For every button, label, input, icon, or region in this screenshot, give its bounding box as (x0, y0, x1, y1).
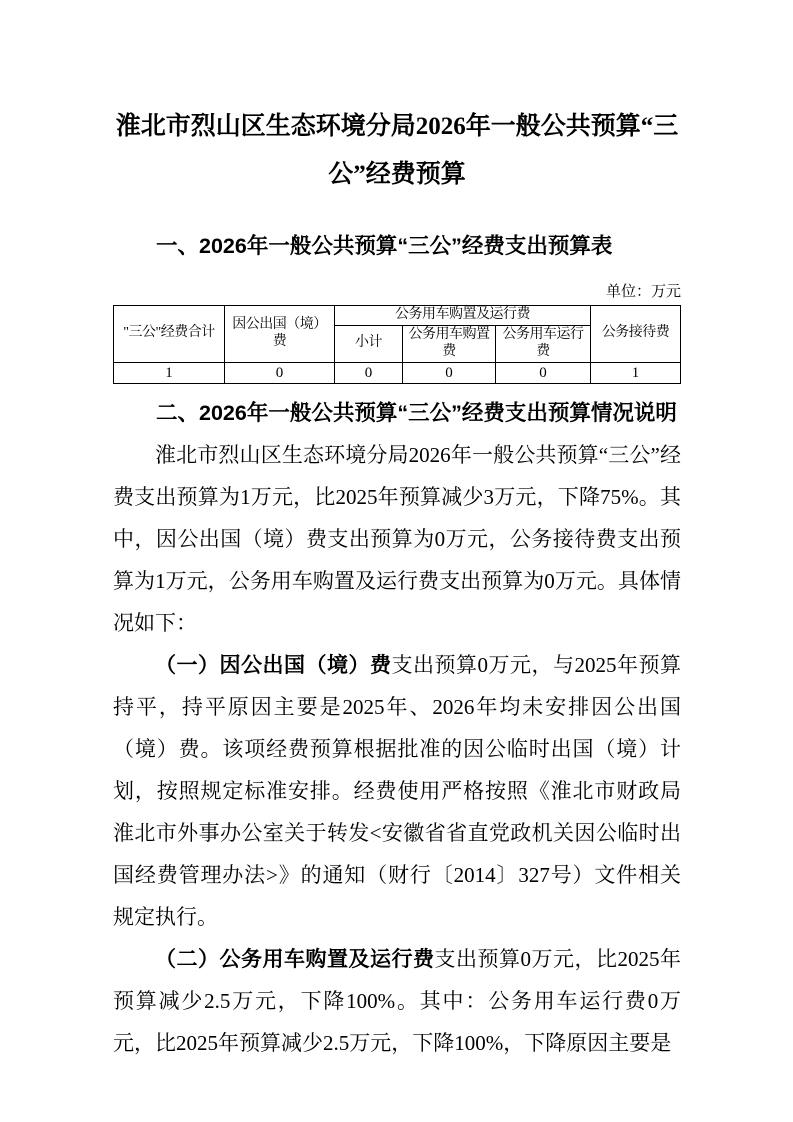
col-header-vehicle-subtotal: 小计 (335, 326, 403, 363)
cell-reception-value: 1 (591, 362, 681, 383)
table-value-row: 1 0 0 0 0 1 (114, 362, 681, 383)
cell-vehicle-subtotal-value: 0 (335, 362, 403, 383)
table-header-row-1: "三公"经费合计 因公出国（境）费 公务用车购置及运行费 公务接待费 (114, 306, 681, 326)
cell-total-value: 1 (114, 362, 225, 383)
item-1-lead: （一）因公出国（境）费 (155, 653, 392, 677)
col-header-vehicle-operation: 公务用车运行费 (496, 326, 591, 363)
item-2-lead: （二）公务用车购置及运行费 (155, 947, 435, 971)
col-header-abroad: 因公出国（境）费 (225, 306, 335, 363)
col-header-total: "三公"经费合计 (114, 306, 225, 363)
cell-vehicle-purchase-value: 0 (403, 362, 496, 383)
paragraph-item-2: （二）公务用车购置及运行费支出预算0万元，比2025年预算减少2.5万元，下降1… (113, 938, 681, 1064)
item-1-body: 支出预算0万元，与2025年预算持平，持平原因主要是2025年、2026年均未安… (113, 653, 681, 929)
section-1-heading: 一、2026年一般公共预算“三公”经费支出预算表 (113, 225, 681, 267)
table-unit-label: 单位：万元 (113, 283, 681, 301)
cell-vehicle-operation-value: 0 (496, 362, 591, 383)
document-title: 淮北市烈山区生态环境分局2026年一般公共预算“三公”经费预算 (113, 103, 681, 199)
col-header-vehicle-group: 公务用车购置及运行费 (335, 306, 591, 326)
col-header-reception: 公务接待费 (591, 306, 681, 363)
paragraph-intro: 淮北市烈山区生态环境分局2026年一般公共预算“三公”经费支出预算为1万元，比2… (113, 434, 681, 644)
document-page: 淮北市烈山区生态环境分局2026年一般公共预算“三公”经费预算 一、2026年一… (0, 0, 793, 1122)
cell-abroad-value: 0 (225, 362, 335, 383)
sangong-budget-table: "三公"经费合计 因公出国（境）费 公务用车购置及运行费 公务接待费 小计 公务… (113, 305, 681, 384)
paragraph-item-1: （一）因公出国（境）费支出预算0万元，与2025年预算持平，持平原因主要是202… (113, 644, 681, 938)
col-header-vehicle-purchase: 公务用车购置费 (403, 326, 496, 363)
section-2-heading: 二、2026年一般公共预算“三公”经费支出预算情况说明 (113, 392, 681, 434)
